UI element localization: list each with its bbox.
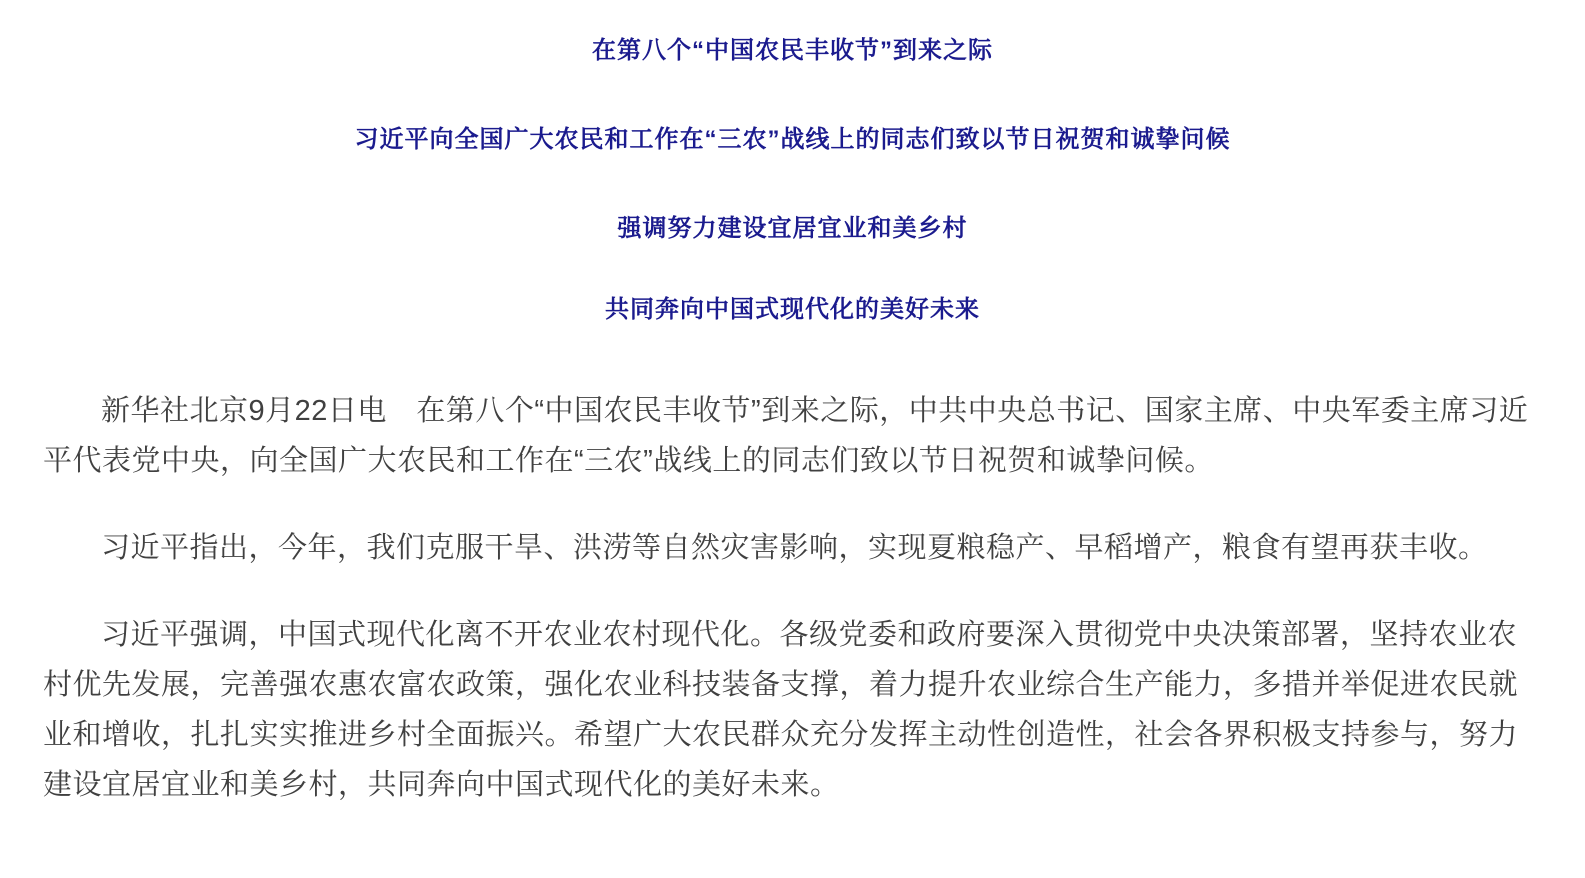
article-paragraph-2: 习近平指出，今年，我们克服干旱、洪涝等自然灾害影响，实现夏粮稳产、早稻增产，粮食… <box>43 523 1542 573</box>
article-headline-line-4: 共同奔向中国式现代化的美好未来 <box>43 297 1542 322</box>
article-headline-line-2: 习近平向全国广大农民和工作在“三农”战线上的同志们致以节日祝贺和诚挚问候 <box>43 127 1542 152</box>
article-paragraph-lead: 新华社北京9月22日电 在第八个“中国农民丰收节”到来之际，中共中央总书记、国家… <box>43 386 1542 486</box>
article-headline-line-1: 在第八个“中国农民丰收节”到来之际 <box>43 38 1542 63</box>
article-paragraph-3: 习近平强调，中国式现代化离不开农业农村现代化。各级党委和政府要深入贯彻党中央决策… <box>43 610 1542 810</box>
news-article: 在第八个“中国农民丰收节”到来之际 习近平向全国广大农民和工作在“三农”战线上的… <box>0 0 1585 878</box>
article-headline-line-3: 强调努力建设宜居宜业和美乡村 <box>43 216 1542 241</box>
